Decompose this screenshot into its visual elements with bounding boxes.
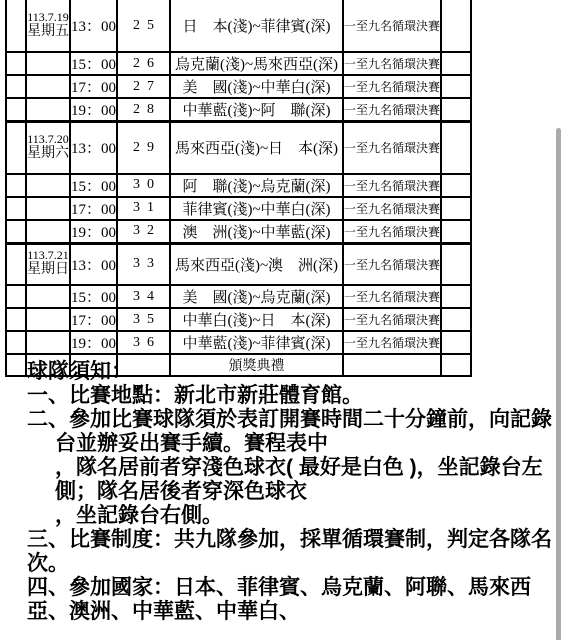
match-number-cell: 30	[117, 174, 170, 197]
date-cell	[26, 174, 70, 197]
teams-cell: 美 國(淺)~烏克蘭(深)	[170, 285, 343, 308]
tail-cell	[441, 75, 471, 98]
note-line: 三、比賽制度：共九隊參加，採單循環賽制，判定各隊名	[27, 528, 551, 552]
tail-cell	[441, 174, 471, 197]
time-cell: 19：00	[70, 220, 117, 244]
note-line: ，坐記錄台右側。	[27, 504, 551, 528]
time-cell: 17：00	[70, 308, 117, 331]
weekday-label: 星期六	[27, 146, 69, 162]
table-row: 17：00 35 中華白(淺)~日 本(深) 一至九名循環決賽	[6, 308, 471, 331]
date-label: 113.7.21	[27, 248, 69, 262]
table-row: 113.7.19 星期五 13：00 25 日 本(淺)~菲律賓(深) 一至九名…	[6, 0, 471, 52]
table-row: 19：00 28 中華藍(淺)~阿 聯(深) 一至九名循環決賽	[6, 98, 471, 122]
date-cell	[26, 220, 70, 244]
tail-cell	[441, 197, 471, 220]
stage-cell: 一至九名循環決賽	[343, 75, 441, 98]
date-label: 113.7.20	[27, 132, 69, 146]
match-number-cell: 32	[117, 220, 170, 244]
teams-cell: 中華白(淺)~日 本(深)	[170, 308, 343, 331]
stub-cell	[6, 285, 26, 308]
table-row: 113.7.21 星期日 13：00 33 馬來西亞(淺)~澳 洲(深) 一至九…	[6, 243, 471, 285]
date-cell: 113.7.21 星期日	[26, 243, 70, 285]
note-line: 台並辦妥出賽手續。賽程表中	[27, 432, 551, 456]
stub-cell	[6, 354, 26, 376]
stub-cell	[6, 75, 26, 98]
tail-cell	[441, 0, 471, 52]
date-cell	[26, 52, 70, 75]
match-number-cell: 34	[117, 285, 170, 308]
stub-cell	[6, 174, 26, 197]
weekday-label: 星期日	[27, 262, 69, 278]
teams-cell: 菲律賓(淺)~中華白(深)	[170, 197, 343, 220]
time-cell: 15：00	[70, 174, 117, 197]
stage-cell: 一至九名循環決賽	[343, 285, 441, 308]
tail-cell	[441, 220, 471, 244]
time-cell: 19：00	[70, 98, 117, 122]
stub-cell	[6, 243, 26, 285]
match-number-cell: 26	[117, 52, 170, 75]
stage-cell: 一至九名循環決賽	[343, 0, 441, 52]
team-notice-section: 球隊須知： 一、比賽地點：新北市新莊體育館。 二、參加比賽球隊須於表訂開賽時間二…	[27, 360, 551, 624]
note-line: 一、比賽地點：新北市新莊體育館。	[27, 384, 551, 408]
teams-cell: 澳 洲(淺)~中華藍(深)	[170, 220, 343, 244]
teams-cell: 美 國(淺)~中華白(深)	[170, 75, 343, 98]
table-row: 15：00 34 美 國(淺)~烏克蘭(深) 一至九名循環決賽	[6, 285, 471, 308]
table-row: 17：00 27 美 國(淺)~中華白(深) 一至九名循環決賽	[6, 75, 471, 98]
teams-cell: 烏克蘭(淺)~馬來西亞(深)	[170, 52, 343, 75]
stage-cell: 一至九名循環決賽	[343, 197, 441, 220]
time-cell: 19：00	[70, 331, 117, 354]
date-cell: 113.7.19 星期五	[26, 0, 70, 52]
teams-cell: 中華藍(淺)~阿 聯(深)	[170, 98, 343, 122]
match-number-cell: 36	[117, 331, 170, 354]
date-label: 113.7.19	[27, 10, 69, 24]
tail-cell	[441, 52, 471, 75]
stub-cell	[6, 220, 26, 244]
time-cell: 15：00	[70, 285, 117, 308]
tail-cell	[441, 308, 471, 331]
date-cell: 113.7.20 星期六	[26, 122, 70, 174]
note-line: 四、參加國家：日本、菲律賓、烏克蘭、阿聯、馬來西	[27, 576, 551, 600]
note-line: 次。	[27, 552, 551, 576]
teams-cell: 馬來西亞(淺)~澳 洲(深)	[170, 243, 343, 285]
stage-cell: 一至九名循環決賽	[343, 52, 441, 75]
stage-cell: 一至九名循環決賽	[343, 174, 441, 197]
time-cell: 17：00	[70, 197, 117, 220]
table-row: 19：00 32 澳 洲(淺)~中華藍(深) 一至九名循環決賽	[6, 220, 471, 244]
date-cell	[26, 308, 70, 331]
date-cell	[26, 75, 70, 98]
date-cell	[26, 285, 70, 308]
stage-cell: 一至九名循環決賽	[343, 122, 441, 174]
schedule-table: 113.7.19 星期五 13：00 25 日 本(淺)~菲律賓(深) 一至九名…	[5, 0, 472, 377]
note-line: ，隊名居前者穿淺色球衣( 最好是白色 )，坐記錄台左	[27, 456, 551, 480]
stub-cell	[6, 98, 26, 122]
match-number-cell: 28	[117, 98, 170, 122]
document-page: { "table": { "rows": [ {"date":"113.7.19…	[0, 0, 564, 640]
table-row: 17：00 31 菲律賓(淺)~中華白(深) 一至九名循環決賽	[6, 197, 471, 220]
match-number-cell: 35	[117, 308, 170, 331]
stub-cell	[6, 122, 26, 174]
note-line: 二、參加比賽球隊須於表訂開賽時間二十分鐘前，向記錄	[27, 408, 551, 432]
time-cell: 13：00	[70, 122, 117, 174]
date-cell	[26, 331, 70, 354]
stub-cell	[6, 331, 26, 354]
notes-heading: 球隊須知：	[27, 360, 551, 384]
teams-cell: 馬來西亞(淺)~日 本(深)	[170, 122, 343, 174]
table-row: 15：00 26 烏克蘭(淺)~馬來西亞(深) 一至九名循環決賽	[6, 52, 471, 75]
weekday-label: 星期五	[27, 24, 69, 40]
match-number-cell: 25	[117, 0, 170, 52]
scrollbar-thumb[interactable]	[556, 128, 561, 640]
stub-cell	[6, 52, 26, 75]
stub-cell	[6, 197, 26, 220]
table-row: 15：00 30 阿 聯(淺)~烏克蘭(深) 一至九名循環決賽	[6, 174, 471, 197]
table-row: 19：00 36 中華藍(淺)~菲律賓(深) 一至九名循環決賽	[6, 331, 471, 354]
stage-cell: 一至九名循環決賽	[343, 308, 441, 331]
tail-cell	[441, 98, 471, 122]
note-line: 側；隊名居後者穿深色球衣	[27, 480, 551, 504]
stage-cell: 一至九名循環決賽	[343, 243, 441, 285]
time-cell: 13：00	[70, 0, 117, 52]
time-cell: 17：00	[70, 75, 117, 98]
stage-cell: 一至九名循環決賽	[343, 331, 441, 354]
table-row: 113.7.20 星期六 13：00 29 馬來西亞(淺)~日 本(深) 一至九…	[6, 122, 471, 174]
tail-cell	[441, 243, 471, 285]
note-line: 亞、澳洲、中華藍、中華白、	[27, 600, 551, 624]
tail-cell	[441, 331, 471, 354]
time-cell: 15：00	[70, 52, 117, 75]
teams-cell: 阿 聯(淺)~烏克蘭(深)	[170, 174, 343, 197]
date-cell	[26, 197, 70, 220]
stage-cell: 一至九名循環決賽	[343, 220, 441, 244]
date-cell	[26, 98, 70, 122]
stage-cell: 一至九名循環決賽	[343, 98, 441, 122]
match-number-cell: 27	[117, 75, 170, 98]
tail-cell	[441, 122, 471, 174]
stub-cell	[6, 308, 26, 331]
match-number-cell: 29	[117, 122, 170, 174]
teams-cell: 日 本(淺)~菲律賓(深)	[170, 0, 343, 52]
teams-cell: 中華藍(淺)~菲律賓(深)	[170, 331, 343, 354]
tail-cell	[441, 285, 471, 308]
stub-cell	[6, 0, 26, 52]
match-number-cell: 31	[117, 197, 170, 220]
time-cell: 13：00	[70, 243, 117, 285]
match-number-cell: 33	[117, 243, 170, 285]
